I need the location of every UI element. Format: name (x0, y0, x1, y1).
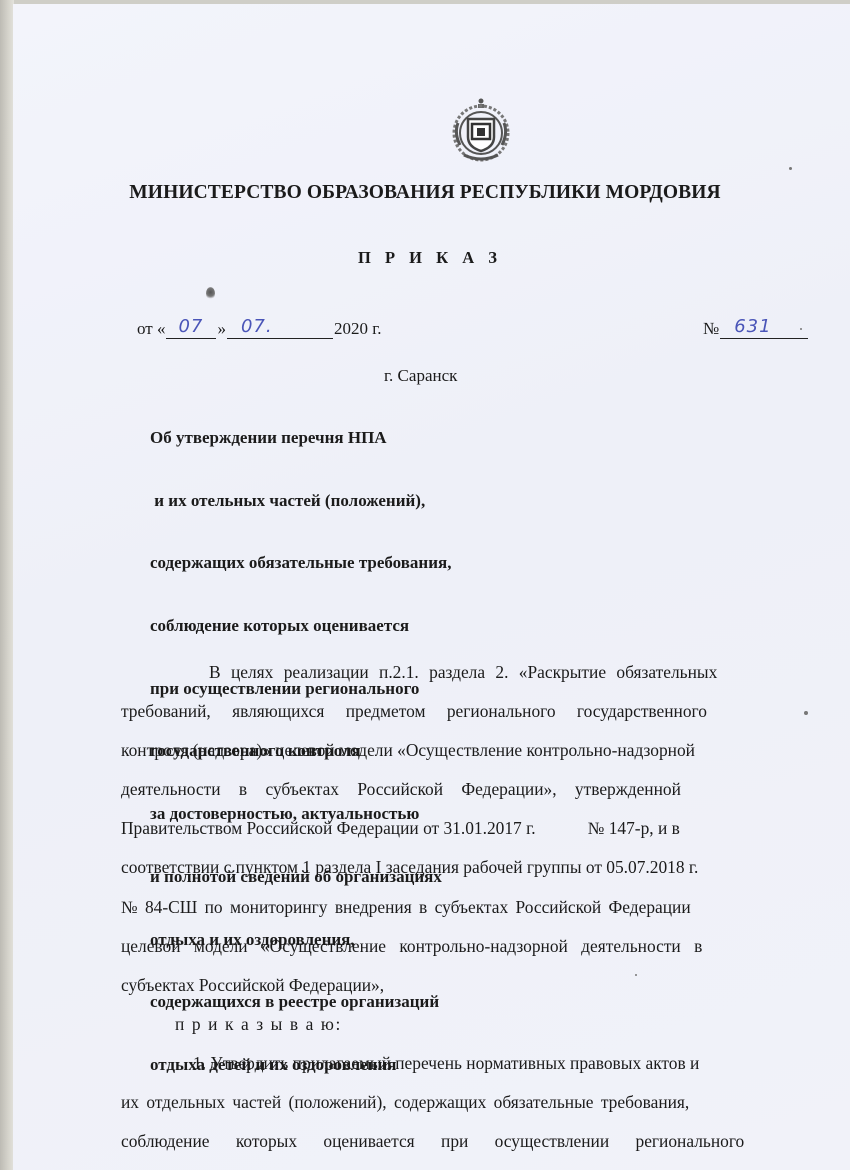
body-line: Правительством Российской Федерации от 3… (121, 809, 825, 848)
date-middle: » (217, 319, 226, 339)
body-line: соответствии с пунктом 1 раздела I засед… (121, 848, 825, 887)
scan-edge-left (0, 0, 14, 1170)
order-number: № 631 (703, 318, 809, 339)
scan-speck (804, 711, 808, 715)
day-field: 07 (166, 318, 216, 339)
coat-of-arms-icon (448, 95, 514, 165)
day-handwritten: 07 (178, 316, 203, 337)
ministry-title: МИНИСТЕРСТВО ОБРАЗОВАНИЯ РЕСПУБЛИКИ МОРД… (0, 182, 850, 204)
month-field: 07. (227, 318, 333, 339)
order-title: П Р И К А З (0, 248, 850, 268)
item-1-line: их отдельных частей (положений), содержа… (121, 1083, 825, 1122)
body-line: В целях реализации п.2.1. раздела 2. «Ра… (155, 653, 825, 692)
number-handwritten: 631 (734, 316, 771, 337)
month-handwritten: 07. (241, 316, 273, 337)
date-year: 2020 г. (334, 319, 382, 339)
order-date: от « 07 » 07. 2020 г. (137, 318, 382, 339)
number-field: 631 (720, 318, 808, 339)
number-prefix: № (703, 319, 719, 339)
ink-blot (206, 287, 215, 300)
order-word: п р и к а з ы в а ю: (121, 1005, 825, 1044)
body-line: требований, являющихся предметом региона… (121, 692, 825, 731)
city: г. Саранск (384, 366, 457, 386)
scan-speck (800, 328, 802, 330)
date-prefix: от « (137, 319, 165, 339)
body-line: субъектах Российской Федерации», (121, 966, 825, 1005)
subject-line: Об утверждении перечня НПА (150, 428, 530, 449)
order-body: В целях реализации п.2.1. раздела 2. «Ра… (155, 653, 825, 1161)
item-1-line: 1. Утвердить прилагаемый перечень нормат… (121, 1044, 825, 1083)
scan-speck (789, 167, 792, 170)
body-line: контроля (надзора)» целевой модели «Осущ… (121, 731, 825, 770)
subject-line: соблюдение которых оценивается (150, 616, 530, 637)
subject-line: содержащих обязательные требования, (150, 553, 530, 574)
body-line: № 84-СШ по мониторингу внедрения в субъе… (121, 888, 825, 927)
body-line: целевой модели «Осуществление контрольно… (121, 927, 825, 966)
scan-speck (635, 974, 637, 976)
body-line: деятельности в субъектах Российской Феде… (121, 770, 825, 809)
subject-line: и их отельных частей (положений), (150, 491, 530, 512)
item-1-line: соблюдение которых оценивается при осуще… (121, 1122, 825, 1161)
